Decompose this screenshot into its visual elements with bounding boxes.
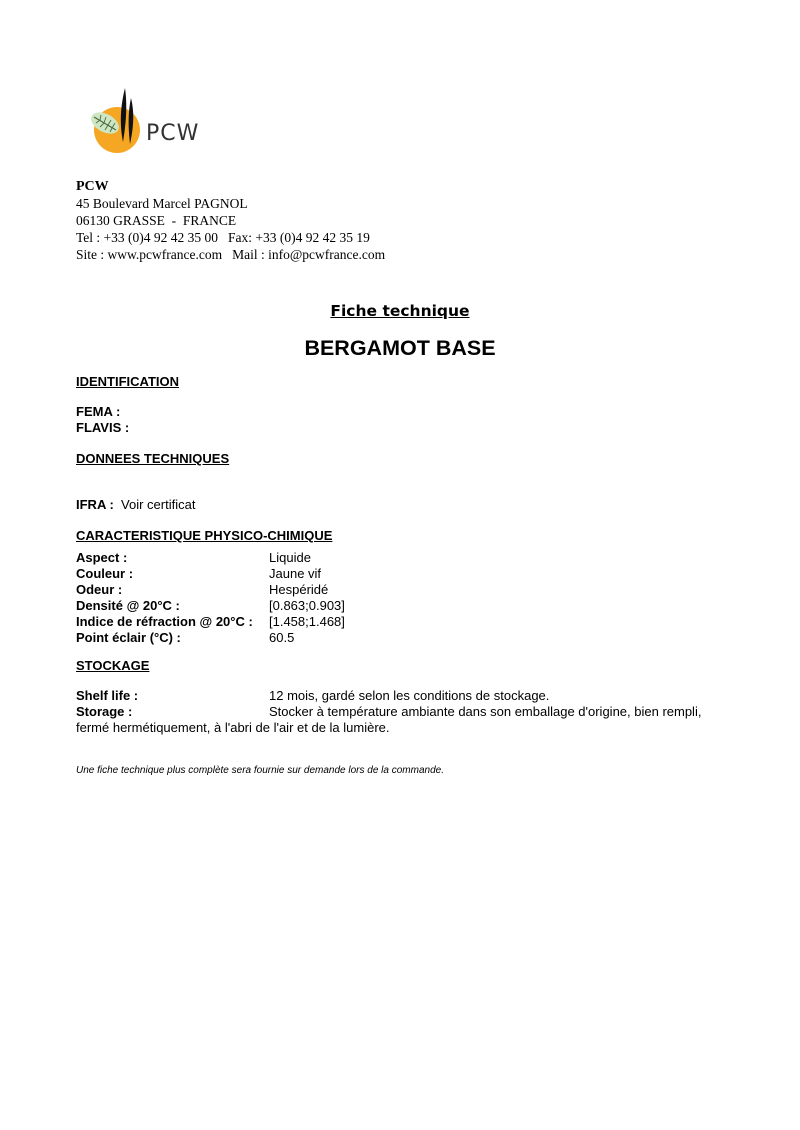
phone-fax-line: Tel : +33 (0)4 92 42 35 00Fax: +33 (0)4 …: [76, 229, 385, 246]
flavis-label: FLAVIS :: [76, 420, 129, 435]
phone-number: Tel : +33 (0)4 92 42 35 00: [76, 230, 218, 245]
physico-chimique-section: CARACTERISTIQUE PHYSICO-CHIMIQUE Aspect …: [76, 528, 332, 646]
property-label: Couleur :: [76, 566, 133, 581]
ifra-value: Voir certificat: [121, 497, 195, 512]
stockage-heading: STOCKAGE: [76, 658, 390, 674]
property-value: 60.5: [269, 630, 294, 646]
property-row: Indice de réfraction @ 20°C :[1.458;1.46…: [76, 614, 332, 630]
property-row: Densité @ 20°C :[0.863;0.903]: [76, 598, 332, 614]
product-title: BERGAMOT BASE: [0, 336, 800, 361]
property-label: Point éclair (°C) :: [76, 630, 181, 645]
property-row: Couleur :Jaune vif: [76, 566, 332, 582]
donnees-techniques-section: DONNEES TECHNIQUES IFRA : Voir certifica…: [76, 451, 229, 513]
footer-note: Une fiche technique plus complète sera f…: [76, 765, 444, 776]
company-name: PCW: [76, 178, 385, 195]
property-label: Odeur :: [76, 582, 122, 597]
document-subtitle: Fiche technique: [0, 302, 800, 320]
storage-value: Stocker à température ambiante dans son …: [269, 704, 701, 720]
website-link[interactable]: Site : www.pcwfrance.com: [76, 247, 222, 262]
address-line-2: 06130 GRASSE - FRANCE: [76, 212, 385, 229]
property-value: Liquide: [269, 550, 311, 566]
storage-value-continued: fermé hermétiquement, à l'abri de l'air …: [76, 720, 390, 735]
property-value: Hespéridé: [269, 582, 328, 598]
fax-number: Fax: +33 (0)4 92 42 35 19: [228, 230, 370, 245]
svg-text:PCW: PCW: [146, 121, 199, 146]
property-value: [0.863;0.903]: [269, 598, 345, 614]
company-info: PCW 45 Boulevard Marcel PAGNOL 06130 GRA…: [76, 178, 385, 263]
ifra-label: IFRA :: [76, 497, 114, 512]
email-link[interactable]: Mail : info@pcwfrance.com: [232, 247, 385, 262]
fema-label: FEMA :: [76, 404, 120, 419]
address-line-1: 45 Boulevard Marcel PAGNOL: [76, 195, 385, 212]
web-mail-line: Site : www.pcwfrance.comMail : info@pcwf…: [76, 246, 385, 263]
company-logo: PCW: [88, 84, 218, 160]
property-row: Odeur :Hespéridé: [76, 582, 332, 598]
property-value: Jaune vif: [269, 566, 321, 582]
storage-label: Storage :: [76, 704, 132, 719]
property-label: Aspect :: [76, 550, 127, 565]
pcw-logo-icon: PCW: [88, 84, 218, 160]
property-row: Point éclair (°C) :60.5: [76, 630, 332, 646]
physico-chimique-heading: CARACTERISTIQUE PHYSICO-CHIMIQUE: [76, 528, 332, 544]
property-label: Densité @ 20°C :: [76, 598, 180, 613]
property-value: [1.458;1.468]: [269, 614, 345, 630]
identification-section: IDENTIFICATION FEMA : FLAVIS :: [76, 374, 179, 436]
property-row: Aspect :Liquide: [76, 550, 332, 566]
shelf-life-value: 12 mois, gardé selon les conditions de s…: [269, 688, 549, 704]
identification-heading: IDENTIFICATION: [76, 374, 179, 390]
donnees-techniques-heading: DONNEES TECHNIQUES: [76, 451, 229, 467]
property-label: Indice de réfraction @ 20°C :: [76, 614, 253, 629]
shelf-life-label: Shelf life :: [76, 688, 138, 703]
stockage-section: STOCKAGE Shelf life :12 mois, gardé selo…: [76, 658, 390, 736]
